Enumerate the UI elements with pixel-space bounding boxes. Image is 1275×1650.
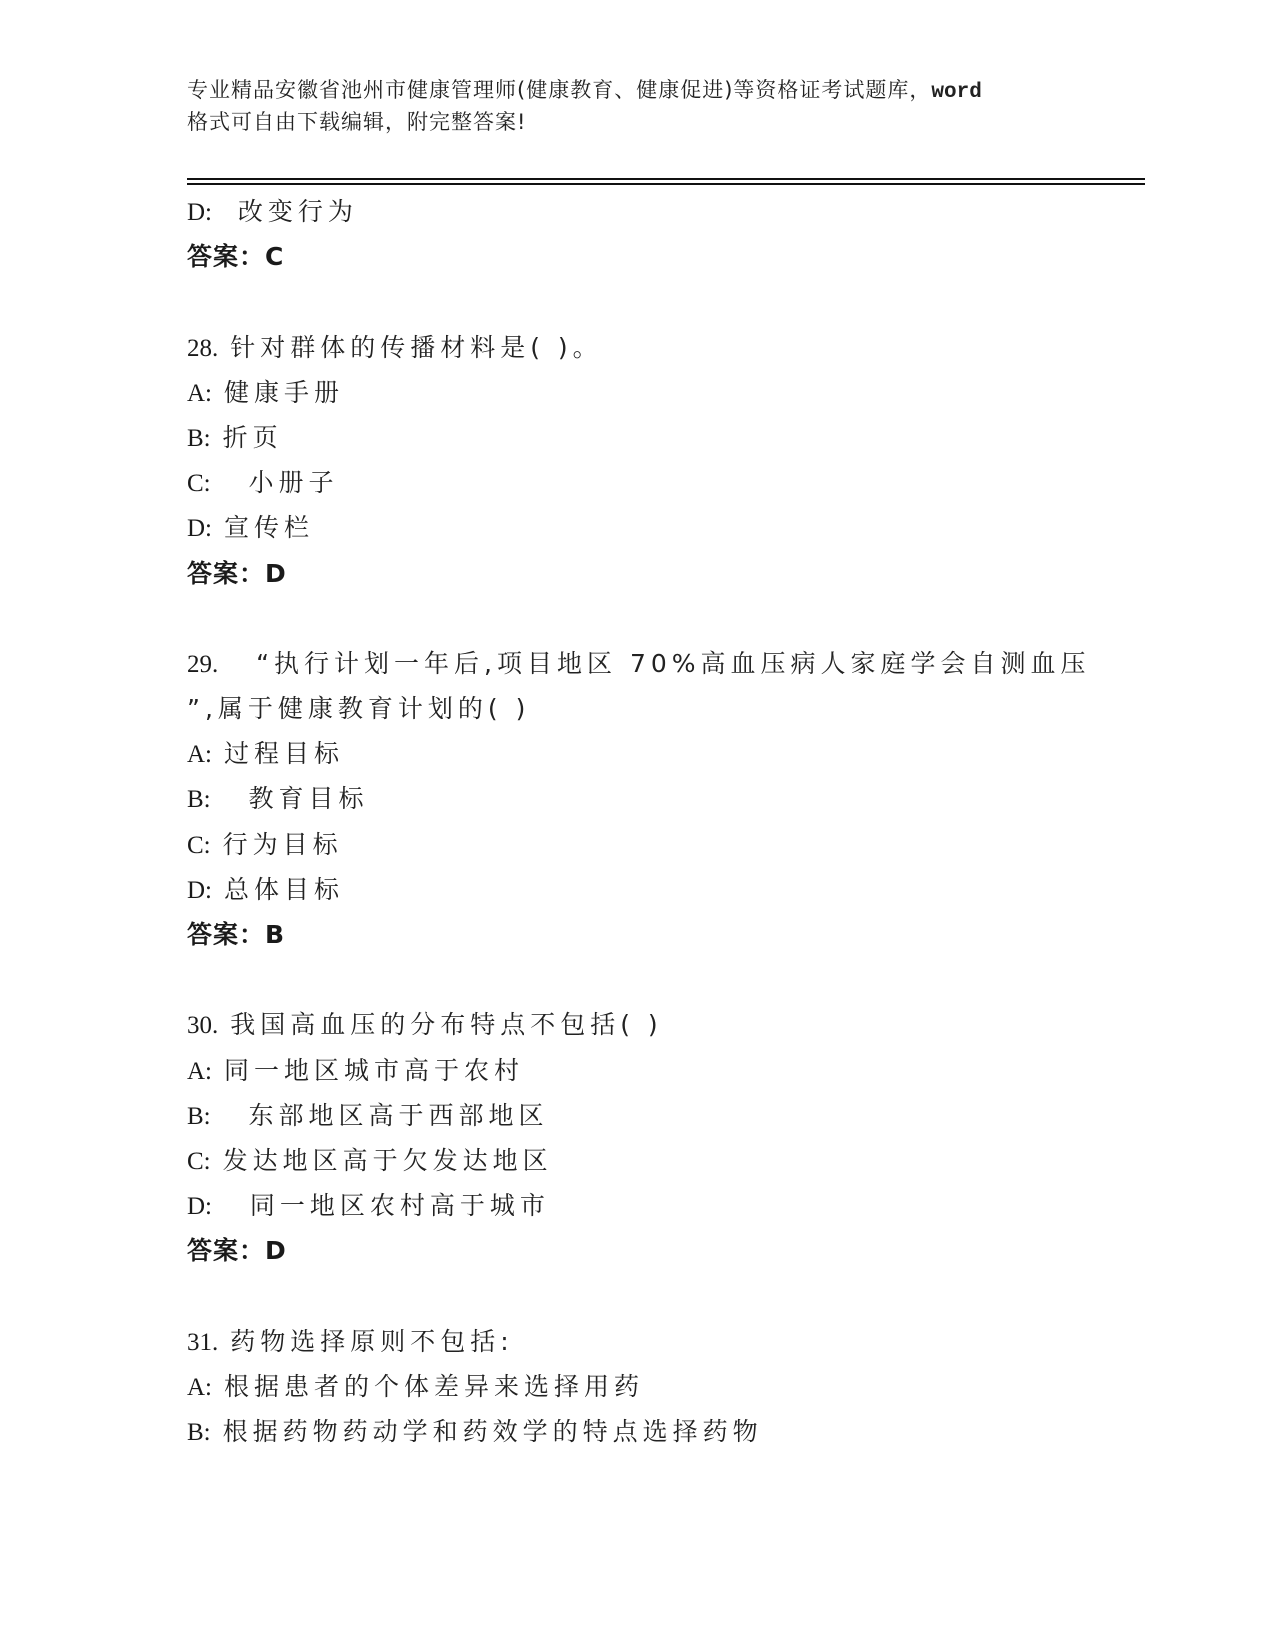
question-number: 31. [187, 1329, 218, 1356]
option-label: A: [187, 741, 212, 768]
option-label: B: [187, 1419, 211, 1446]
option-text: 健康手册 [224, 378, 344, 407]
option-label: C: [187, 470, 211, 497]
option-label: B: [187, 1103, 211, 1130]
option-text: 改变行为 [212, 197, 358, 226]
option-label: D: [187, 1193, 212, 1220]
question-number: 30. [187, 1012, 218, 1039]
question-number: 29. [187, 651, 218, 678]
question-31: 31. 药物选择原则不包括: A: 根据患者的个体差异来选择用药 B: 根据药物… [187, 1319, 1147, 1455]
option-d: D: 总体目标 [187, 867, 1147, 912]
question-text: 药物选择原则不包括: [230, 1327, 513, 1356]
option-a: A: 同一地区城市高于农村 [187, 1048, 1147, 1093]
page-header: 专业精品安徽省池州市健康管理师(健康教育、健康促进)等资格证考试题库，word … [187, 74, 1087, 138]
option-text: 教育目标 [223, 784, 369, 813]
question-text: 我国高血压的分布特点不包括( ) [230, 1010, 662, 1039]
option-text: 根据患者的个体差异来选择用药 [224, 1372, 644, 1401]
option-c: C: 发达地区高于欠发达地区 [187, 1138, 1147, 1183]
question-text: 针对群体的传播材料是( )。 [230, 333, 602, 362]
header-rule-bottom [187, 183, 1145, 185]
option-label: B: [187, 786, 211, 813]
option-c: C: 小册子 [187, 460, 1147, 505]
question-28: 28. 针对群体的传播材料是( )。 A: 健康手册 B: 折页 C: 小册子 … [187, 325, 1147, 596]
answer-line: 答案：C [187, 234, 1147, 279]
header-line-2: 格式可自由下载编辑，附完整答案! [187, 106, 1087, 138]
option-text: 同一地区城市高于农村 [224, 1056, 524, 1085]
header-format-word: word [931, 81, 981, 104]
option-d: D: 宣传栏 [187, 505, 1147, 550]
option-d: D: 同一地区农村高于城市 [187, 1183, 1147, 1228]
option-a: A: 根据患者的个体差异来选择用药 [187, 1364, 1147, 1409]
option-text: 东部地区高于西部地区 [223, 1101, 549, 1130]
spacer [187, 279, 1147, 324]
option-b: B: 折页 [187, 415, 1147, 460]
option-c: C: 行为目标 [187, 822, 1147, 867]
option-b: B: 根据药物药动学和药效学的特点选择药物 [187, 1409, 1147, 1454]
option-text: 宣传栏 [224, 513, 314, 542]
option-text: 折页 [223, 423, 283, 452]
option-text: 行为目标 [223, 830, 343, 859]
option-a: A: 健康手册 [187, 370, 1147, 415]
option-b: B: 教育目标 [187, 776, 1147, 821]
option-d: D: 改变行为 [187, 189, 1147, 234]
option-text: 小册子 [223, 468, 339, 497]
question-stem: 30. 我国高血压的分布特点不包括( ) [187, 1002, 1147, 1047]
option-text: 过程目标 [224, 739, 344, 768]
question-stem-continued: ”,属于健康教育计划的( ) [187, 686, 1147, 731]
option-label: D: [187, 877, 212, 904]
spacer [187, 1274, 1147, 1319]
spacer [187, 957, 1147, 1002]
option-text: 根据药物药动学和药效学的特点选择药物 [223, 1417, 763, 1446]
answer-line: 答案：D [187, 551, 1147, 596]
option-text: 发达地区高于欠发达地区 [223, 1146, 553, 1175]
option-b: B: 东部地区高于西部地区 [187, 1093, 1147, 1138]
option-label: A: [187, 380, 212, 407]
answer-line: 答案：B [187, 912, 1147, 957]
question-stem: 29. “执行计划一年后,项目地区 70%高血压病人家庭学会自测血压 [187, 641, 1147, 686]
question-30: 30. 我国高血压的分布特点不包括( ) A: 同一地区城市高于农村 B: 东部… [187, 1002, 1147, 1273]
option-label: C: [187, 1148, 211, 1175]
option-label: B: [187, 425, 211, 452]
header-line-1: 专业精品安徽省池州市健康管理师(健康教育、健康促进)等资格证考试题库，word [187, 74, 1087, 106]
option-label: D: [187, 199, 212, 226]
header-title: 专业精品安徽省池州市健康管理师(健康教育、健康促进)等资格证考试题库， [187, 78, 931, 102]
question-text: ”,属于健康教育计划的( ) [187, 694, 530, 723]
question-stem: 28. 针对群体的传播材料是( )。 [187, 325, 1147, 370]
document-body: D: 改变行为 答案：C 28. 针对群体的传播材料是( )。 A: 健康手册 … [187, 189, 1147, 1454]
option-label: A: [187, 1374, 212, 1401]
question-text: “执行计划一年后,项目地区 70%高血压病人家庭学会自测血压 [230, 649, 1090, 678]
option-a: A: 过程目标 [187, 731, 1147, 776]
option-label: D: [187, 515, 212, 542]
answer-line: 答案：D [187, 1228, 1147, 1273]
question-29: 29. “执行计划一年后,项目地区 70%高血压病人家庭学会自测血压 ”,属于健… [187, 641, 1147, 957]
question-number: 28. [187, 335, 218, 362]
spacer [187, 596, 1147, 641]
option-text: 总体目标 [224, 875, 344, 904]
question-stem: 31. 药物选择原则不包括: [187, 1319, 1147, 1364]
option-label: A: [187, 1058, 212, 1085]
option-label: C: [187, 832, 211, 859]
header-rule-top [187, 178, 1145, 180]
option-text: 同一地区农村高于城市 [224, 1191, 550, 1220]
